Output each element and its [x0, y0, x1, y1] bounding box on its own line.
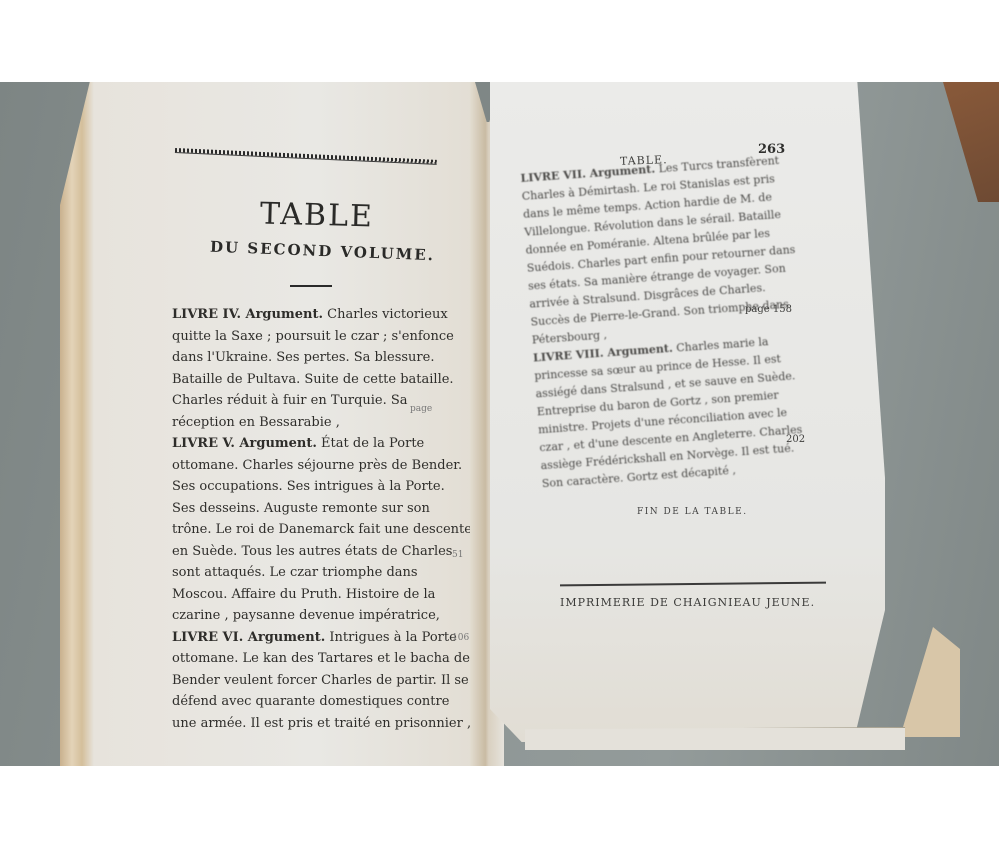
- page-bottom-edge: [525, 727, 905, 750]
- toc-entry-livre-vi: LIVRE VI. Argument. Intrigues à la Porte…: [172, 627, 472, 735]
- toc-entry-text: Les Turcs transfèrent Charles à Démirtas…: [521, 154, 795, 347]
- toc-entries-right: LIVRE VII. Argument. Les Turcs transfère…: [520, 151, 812, 493]
- page-ref-livre-v: 51: [452, 550, 463, 560]
- page-ref-livre-iv: page: [410, 404, 432, 414]
- page-ref-livre-vii: page 158: [745, 304, 792, 315]
- page-ref-livre-vi: 106: [452, 633, 469, 643]
- wooden-surface: [929, 82, 999, 202]
- toc-entries-left: LIVRE IV. Argument. Charles victorieux q…: [172, 304, 472, 734]
- ornamental-rule: [175, 148, 437, 165]
- page-ref-livre-viii: 202: [786, 434, 805, 445]
- toc-entry-heading: LIVRE VI. Argument.: [172, 630, 325, 645]
- left-page: TABLE DU SECOND VOLUME. LIVRE IV. Argume…: [60, 82, 485, 766]
- printer-imprint: IMPRIMERIE DE CHAIGNIEAU JEUNE.: [560, 596, 815, 609]
- toc-entry-heading: LIVRE IV. Argument.: [172, 307, 323, 322]
- toc-entry-livre-v: LIVRE V. Argument. État de la Porte otto…: [172, 433, 472, 627]
- printer-divider: [560, 582, 826, 587]
- title-divider: [290, 285, 332, 287]
- toc-entry-heading: LIVRE V. Argument.: [172, 436, 317, 451]
- page-title: TABLE: [260, 197, 375, 235]
- right-page: TABLE. 263 LIVRE VII. Argument. Les Turc…: [490, 82, 885, 742]
- book-photo: TABLE DU SECOND VOLUME. LIVRE IV. Argume…: [0, 82, 999, 766]
- page-subtitle: DU SECOND VOLUME.: [210, 238, 436, 265]
- toc-entry-text: État de la Porte ottomane. Charles séjou…: [172, 436, 472, 623]
- toc-entry-livre-viii: LIVRE VIII. Argument. Charles marie la p…: [533, 331, 812, 493]
- toc-entry-livre-vii: LIVRE VII. Argument. Les Turcs transfère…: [520, 151, 802, 349]
- torn-page-corner: [900, 627, 960, 737]
- end-of-table-text: FIN DE LA TABLE.: [637, 507, 748, 517]
